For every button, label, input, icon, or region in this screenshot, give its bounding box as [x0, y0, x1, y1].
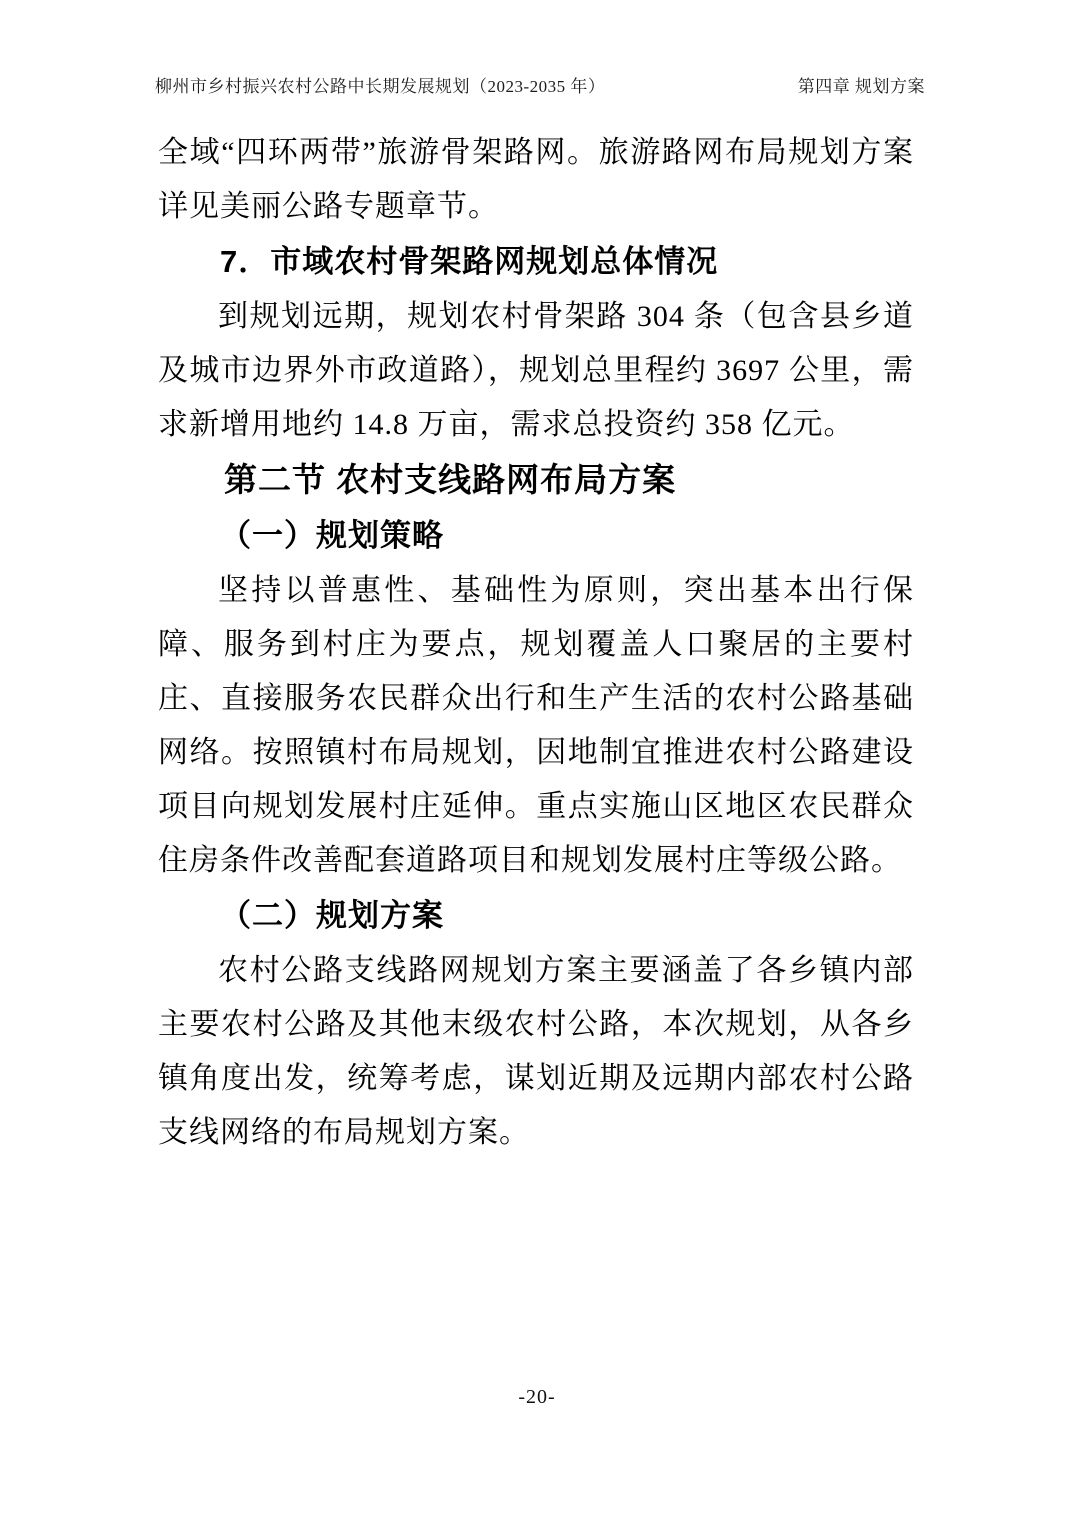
paragraph-backbone-summary: 到规划远期，规划农村骨架路 304 条（包含县乡道及城市边界外市政道路），规划总… — [158, 290, 914, 452]
header-chapter-label: 第四章 规划方案 — [798, 72, 925, 97]
page-footer: -20- — [0, 1386, 1074, 1409]
paragraph-planning-strategy: 坚持以普惠性、基础性为原则，突出基本出行保障、服务到村庄为要点，规划覆盖人口聚居… — [158, 564, 914, 888]
paragraph-planning-scheme: 农村公路支线路网规划方案主要涵盖了各乡镇内部主要农村公路及其他末级农村公路，本次… — [158, 944, 914, 1160]
page-header: 柳州市乡村振兴农村公路中长期发展规划（2023-2035 年） 第四章 规划方案 — [155, 72, 925, 97]
heading-sub-1-planning-strategy: （一）规划策略 — [158, 508, 914, 564]
document-page: 柳州市乡村振兴农村公路中长期发展规划（2023-2035 年） 第四章 规划方案… — [0, 0, 1074, 1520]
heading-item-7-backbone-overview: 7．市域农村骨架路网规划总体情况 — [158, 234, 914, 290]
page-number: -20- — [518, 1386, 555, 1408]
document-body: 全域“四环两带”旅游骨架路网。旅游路网布局规划方案详见美丽公路专题章节。 7．市… — [158, 126, 914, 1160]
heading-sub-2-planning-scheme: （二）规划方案 — [158, 888, 914, 944]
heading-section-2-branch-network: 第二节 农村支线路网布局方案 — [158, 452, 914, 508]
paragraph-tourism-network-continuation: 全域“四环两带”旅游骨架路网。旅游路网布局规划方案详见美丽公路专题章节。 — [158, 126, 914, 234]
header-document-title: 柳州市乡村振兴农村公路中长期发展规划（2023-2035 年） — [155, 72, 605, 97]
